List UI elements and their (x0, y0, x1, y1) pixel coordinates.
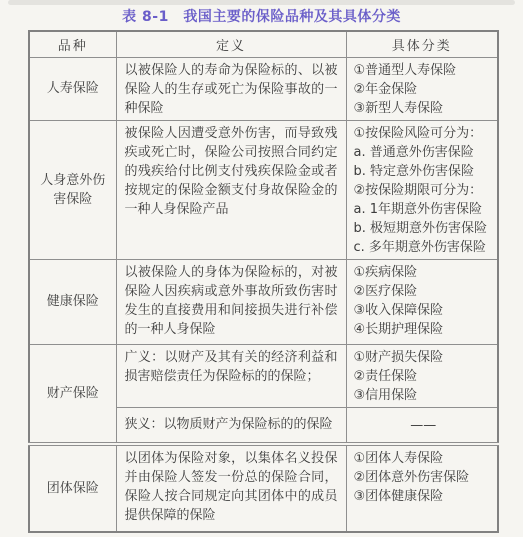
classification-cell: ①财产损失保险 ②责任保险 ③信用保险 (346, 344, 498, 407)
type-cell: 人寿保险 (29, 57, 116, 120)
type-cell: 团体保险 (29, 444, 116, 532)
definition-cell: 以被保险人的身体为保险标的，对被保险人因疾病或意外事故所致伤害时发生的直接费用和… (116, 259, 346, 344)
definition-cell: 狭义：以物质财产为保险标的的保险 (116, 407, 346, 444)
classification-cell: ①团体人寿保险 ②团体意外伤害保险 ③团体健康保险 (346, 444, 498, 532)
table-title: 表 8-1 我国主要的保险品种及其具体分类 (0, 8, 523, 26)
classification-cell: ①普通型人寿保险 ②年金保险 ③新型人寿保险 (346, 57, 498, 120)
scan-edge-artifact (8, 0, 515, 5)
table-row-property-insurance-broad: 财产保险 广义：以财产及其有关的经济利益和损害赔偿责任为保险标的的保险； ①财产… (29, 344, 498, 407)
definition-cell: 广义：以财产及其有关的经济利益和损害赔偿责任为保险标的的保险； (116, 344, 346, 407)
type-cell: 人身意外伤害保险 (29, 120, 116, 259)
type-cell: 健康保险 (29, 259, 116, 344)
table-row-accident-insurance: 人身意外伤害保险 被保险人因遭受意外伤害，而导致残疾或死亡时，保险公司按照合同约… (29, 120, 498, 259)
header-classification: 具体分类 (346, 31, 498, 57)
insurance-table: 品种 定义 具体分类 人寿保险 以被保险人的寿命为保险标的、以被保险人的生存或死… (28, 30, 499, 533)
header-row: 品种 定义 具体分类 (29, 31, 498, 57)
definition-cell: 以被保险人的寿命为保险标的、以被保险人的生存或死亡为保险事故的一种保险 (116, 57, 346, 120)
header-type: 品种 (29, 31, 116, 57)
definition-cell: 以团体为保险对象，以集体名义投保并由保险人签发一份总的保险合同，保险人按合同规定… (116, 444, 346, 532)
classification-cell: —— (346, 407, 498, 444)
header-definition: 定义 (116, 31, 346, 57)
classification-cell: ①疾病保险 ②医疗保险 ③收入保障保险 ④长期护理保险 (346, 259, 498, 344)
table-row-health-insurance: 健康保险 以被保险人的身体为保险标的，对被保险人因疾病或意外事故所致伤害时发生的… (29, 259, 498, 344)
table-row-life-insurance: 人寿保险 以被保险人的寿命为保险标的、以被保险人的生存或死亡为保险事故的一种保险… (29, 57, 498, 120)
type-cell: 财产保险 (29, 344, 116, 444)
table-row-group-insurance: 团体保险 以团体为保险对象，以集体名义投保并由保险人签发一份总的保险合同，保险人… (29, 444, 498, 532)
definition-cell: 被保险人因遭受意外伤害，而导致残疾或死亡时，保险公司按照合同约定的残疾给付比例支… (116, 120, 346, 259)
classification-cell: ①按保险风险可分为： a. 普通意外伤害保险 b. 特定意外伤害保险 ②按保险期… (346, 120, 498, 259)
